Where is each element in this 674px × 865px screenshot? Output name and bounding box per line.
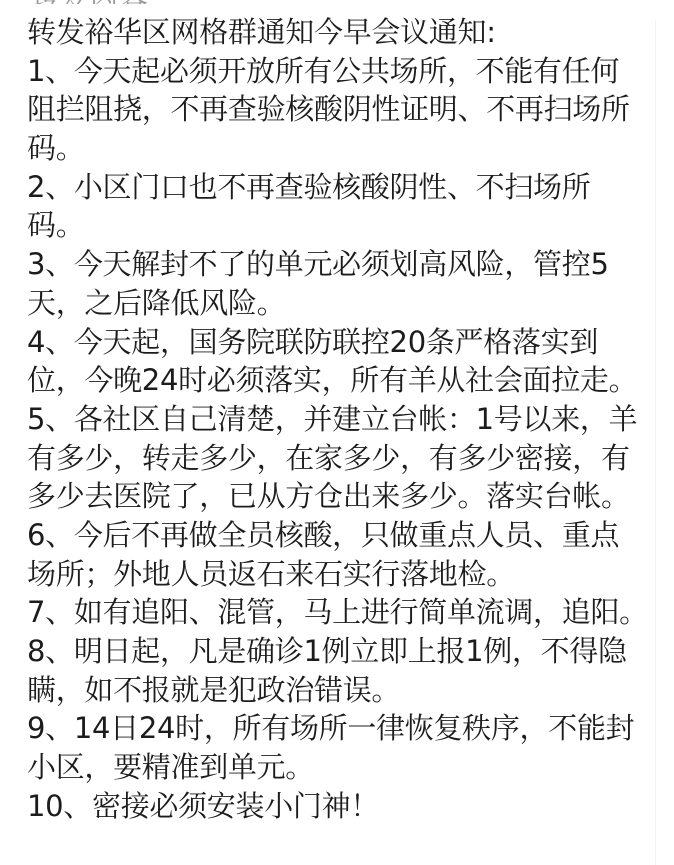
- notice-line: 8、明日起，凡是确诊1例立即上报1例，不得隐: [27, 632, 667, 671]
- notice-line: 1、今天起必须开放所有公共场所，不能有任何: [27, 52, 667, 91]
- cut-off-text-fragment: 转发内容: [30, 0, 180, 4]
- notice-line: 5、各社区自己清楚，并建立台帐：1号以来，羊: [27, 400, 667, 439]
- notice-line: 9、14日24时，所有场所一律恢复秩序，不能封: [27, 709, 667, 748]
- notice-line: 有多少，转走多少，在家多少，有多少密接，有: [27, 439, 667, 478]
- notice-line: 码。: [27, 206, 667, 245]
- notice-line: 4、今天起，国务院联防联控20条严格落实到: [27, 323, 667, 362]
- notice-line: 瞒，如不报就是犯政治错误。: [27, 671, 667, 710]
- notice-line: 7、如有追阳、混管，马上进行简单流调，追阳。: [27, 593, 667, 632]
- notice-line: 多少去医院了，已从方仓出来多少。落实台帐。: [27, 477, 667, 516]
- notice-line: 小区，要精准到单元。: [27, 748, 667, 787]
- notice-line: 10、密接必须安装小门神！: [27, 787, 667, 826]
- notice-line: 场所；外地人员返石来石实行落地检。: [27, 555, 667, 594]
- notice-document: 转发裕华区网格群通知今早会议通知: 1、今天起必须开放所有公共场所，不能有任何 …: [27, 13, 667, 825]
- notice-line: 码。: [27, 129, 667, 168]
- notice-line: 阻拦阻挠，不再查验核酸阴性证明、不再扫场所: [27, 90, 667, 129]
- notice-line: 位，今晚24时必须落实，所有羊从社会面拉走。: [27, 361, 667, 400]
- notice-title: 转发裕华区网格群通知今早会议通知:: [27, 13, 667, 52]
- notice-line: 3、今天解封不了的单元必须划高风险，管控5: [27, 245, 667, 284]
- notice-line: 6、今后不再做全员核酸，只做重点人员、重点: [27, 516, 667, 555]
- notice-line: 天，之后降低风险。: [27, 284, 667, 323]
- notice-line: 2、小区门口也不再查验核酸阴性、不扫场所: [27, 168, 667, 207]
